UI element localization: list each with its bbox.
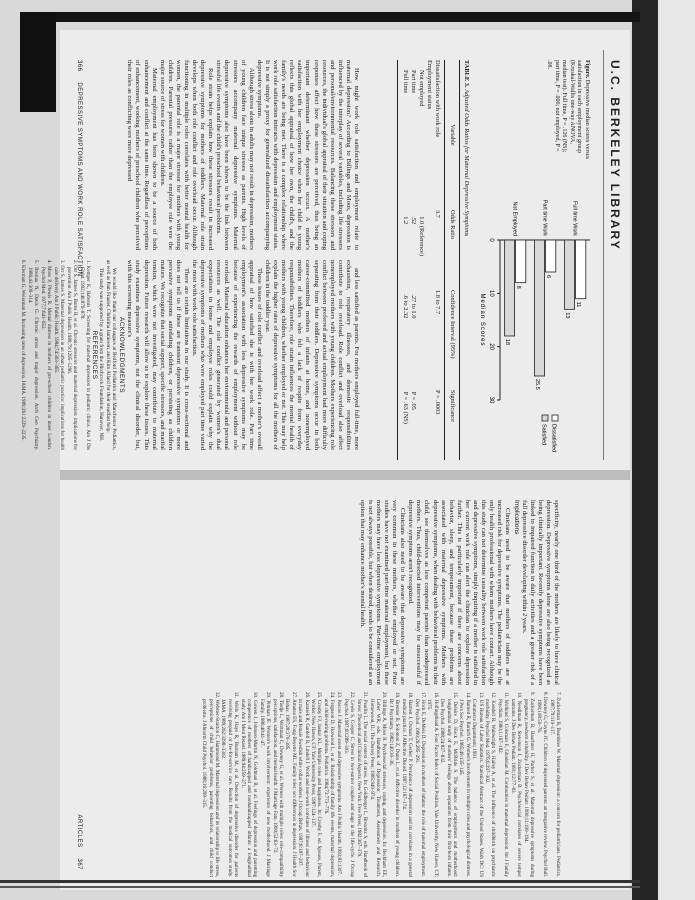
cell-ci: .6 to 2.32 xyxy=(401,294,409,392)
cell-variable: Dissatisfaction with work role xyxy=(433,60,441,210)
paragraph: Role strain helps explain how these stre… xyxy=(158,60,215,250)
cell-odds-ratio xyxy=(425,210,433,290)
reference-item: 7. Zuckerman B, Beardslee W. Maternal de… xyxy=(548,692,560,877)
reference-item: 24. Ferguson D, Horwood L, et al. Relati… xyxy=(322,692,334,877)
svg-text:10: 10 xyxy=(488,290,494,297)
paragraph: These issues of role conflict and overlo… xyxy=(190,260,263,450)
reference-item: 28. Tiedje L, Wortman C, Downey G, et al… xyxy=(270,692,282,877)
table-row: Dissatisfaction with work role3.71.8 to … xyxy=(433,60,441,460)
right-column-references: 7. Zuckerman B, Beardslee W. Maternal de… xyxy=(200,692,560,877)
reference-item: 27. Amatea ES, Fong-Beyette ML. Family r… xyxy=(283,692,295,877)
cell-ci: .27 to 1.0 xyxy=(409,294,417,392)
svg-text:Dissatisfied: Dissatisfied xyxy=(551,424,557,452)
book-spread: U.C. BERKELEY LIBRARY Figure. Depressive… xyxy=(60,30,630,890)
library-stamp: U.C. BERKELEY LIBRARY xyxy=(608,60,622,251)
reference-item: 25. Crosby FJ, Jaskar KL. Multiple roles… xyxy=(309,692,321,877)
cell-ci: 1.8 to 7.7 xyxy=(433,290,441,390)
paragraph: specificity, nearly one third of the mot… xyxy=(520,500,560,685)
svg-text:Satisfied: Satisfied xyxy=(541,424,547,445)
acknowledgments-heading: ACKNOWLEDGMENTS xyxy=(117,260,125,450)
reference-item: 11. Wolkind S, Coleman E, Ghodsian M. Co… xyxy=(496,692,508,877)
cell-significance: P = .05 xyxy=(409,392,417,460)
cell-odds-ratio: 1.2 xyxy=(401,216,409,294)
svg-text:18: 18 xyxy=(504,339,510,345)
reference-item: 3. Orr S, James S. Maternal depression i… xyxy=(52,260,64,450)
gutter xyxy=(60,470,630,480)
reference-item: 22. Lewis S, Cooper C. Stress in two-ear… xyxy=(342,692,354,877)
paragraph: Maternal employment has been shown to be… xyxy=(125,60,157,250)
page-footer-left: 366 DEPRESSIVE SYMPTOMS AND WORK ROLE SA… xyxy=(76,60,82,277)
reference-item: 21. Pearlin L. The social context of str… xyxy=(355,692,367,877)
table-title: TABLE 3. Adjusted Odds Ratios for Matern… xyxy=(463,60,470,460)
figure-caption: Figure. Depressive median scores versus … xyxy=(545,60,590,160)
reference-item: 32. Webster-Stratton C, Hammond M. Mater… xyxy=(200,692,219,877)
running-head: ARTICLES xyxy=(76,814,82,847)
reference-item: 2. Orr S, James S, Burns B, et al. Chron… xyxy=(65,260,77,450)
left-column-2: and less satisfied as parents. For mothe… xyxy=(19,260,360,450)
reference-item: 23. Pascoe J. Maternal stress and depres… xyxy=(335,692,341,877)
acknowledgment-text: This study was supported by a grant from… xyxy=(98,260,104,450)
acknowledgment-text: We would like thank our colleagues at Be… xyxy=(104,260,117,450)
cell-odds-ratio: .52 xyxy=(409,216,417,294)
paragraph: How might work role satisfaction and emp… xyxy=(255,60,360,250)
binding-edge-bottom xyxy=(0,880,640,883)
binding-edge-bottom-2 xyxy=(0,886,640,888)
table-body: Dissatisfaction with work role3.71.8 to … xyxy=(401,60,441,460)
page-footer-right: ARTICLES 367 xyxy=(76,814,82,870)
bar-chart: 0102030Median ScoresFull time Work1113Pa… xyxy=(478,170,598,460)
header-rule xyxy=(603,50,604,460)
page-367: specificity, nearly one third of the mot… xyxy=(60,480,630,890)
reference-item: 4. Moss P, Plewis R. Mental distress in … xyxy=(39,260,51,450)
running-head: DEPRESSIVE SYMPTOMS AND WORK ROLE SATISF… xyxy=(76,82,82,276)
table-row: Part time.52.27 to 1.0P = .05 xyxy=(409,60,417,460)
reference-item: 31. Wells K, Hays R, Burnam M, et al. De… xyxy=(219,692,238,877)
reference-item: 6. Klerman G, Weissman M. Increasing rat… xyxy=(19,260,25,450)
svg-text:11: 11 xyxy=(575,302,581,308)
svg-text:13: 13 xyxy=(564,312,570,318)
figure-label: Figure. xyxy=(584,60,590,78)
paragraph: There are certain limitations in our stu… xyxy=(125,260,190,450)
reference-item: 5. Breslau N, Davis G. Chronic stress an… xyxy=(26,260,38,450)
cell-variable: Not employed xyxy=(417,60,425,216)
binding-edge xyxy=(40,12,640,22)
svg-text:30: 30 xyxy=(488,397,494,404)
svg-text:Part time Work: Part time Work xyxy=(542,200,548,237)
reference-item: 14. Barnett R, Baruch G. Women's involve… xyxy=(457,692,469,877)
reference-item: 30. Gowen J, Johnson-Martin N, Goldman B… xyxy=(238,692,257,877)
odds-ratio-table: TABLE 3. Adjusted Odds Ratios for Matern… xyxy=(394,60,470,460)
paragraph: Clinicians also need to be aware that de… xyxy=(358,500,407,685)
reference-item: 9. Zuckerman B, Bauchner H, Parker S, et… xyxy=(522,692,534,877)
svg-text:Full time Work: Full time Work xyxy=(572,201,578,236)
cell-significance: P = .0003 xyxy=(433,390,441,460)
cell-variable: Full time xyxy=(401,60,409,216)
cell-ci xyxy=(425,290,433,390)
reference-item: 20. Billings A, Moos R. Psychosocial str… xyxy=(367,692,386,877)
svg-text:8: 8 xyxy=(515,286,521,289)
reference-item: 17. Hock E, DeMeis D. Depression in moth… xyxy=(412,692,424,877)
reference-item: 12. Kendell R, Wainwright S, Hailey A, e… xyxy=(483,692,495,877)
left-column-1: How might work role satisfaction and emp… xyxy=(125,60,360,250)
svg-text:6: 6 xyxy=(545,275,551,278)
cell-odds-ratio: 3.7 xyxy=(433,210,441,290)
cell-significance xyxy=(417,392,425,460)
cell-variable: Employment status xyxy=(425,60,433,210)
svg-text:Median Scores: Median Scores xyxy=(479,293,485,346)
references-heading: REFERENCES xyxy=(90,260,98,450)
paragraph: Clinicians need to be aware that mothers… xyxy=(406,500,511,685)
svg-text:20: 20 xyxy=(488,343,494,350)
reference-item: 26. Karasek R, Gardell B, Lindell J. Wor… xyxy=(296,692,308,877)
svg-text:0: 0 xyxy=(488,238,494,242)
svg-text:25.5: 25.5 xyxy=(534,379,540,390)
reference-item: 13. US Bureau of Labor Statistics. Stati… xyxy=(470,692,482,877)
reference-list: 1. Kemper K, Babonis T. Screening for ma… xyxy=(19,260,90,450)
reference-item: 19. Brenner B, Solomon Z, Dunn L, et al.… xyxy=(387,692,399,877)
paragraph: and less satisfied as parents. For mothe… xyxy=(263,260,360,450)
reference-item: 18. Barnett J, Oxman T, Gerber P. Preval… xyxy=(399,692,411,877)
scan-shadow xyxy=(20,12,56,112)
scan-shadow-right xyxy=(632,0,658,900)
page-number: 367 xyxy=(76,858,82,870)
svg-text:Not Employed: Not Employed xyxy=(512,201,518,236)
cell-significance xyxy=(425,390,433,460)
page-number: 366 xyxy=(76,60,82,72)
reference-item: 8. Downey G, Coyne JC. Children of depre… xyxy=(535,692,547,877)
table-row: Not employed1.0 (Reference) xyxy=(417,60,425,460)
table-header: Variable Odds Ratio Confidence Interval … xyxy=(448,60,456,460)
table-row: Employment status xyxy=(425,60,433,460)
page-366: U.C. BERKELEY LIBRARY Figure. Depressive… xyxy=(60,30,630,470)
right-column-1: specificity, nearly one third of the mot… xyxy=(358,500,560,685)
table-row: Full time1.2.6 to 2.32P = .63 (NS) xyxy=(401,60,409,460)
paragraph: Although stress alone in adults may not … xyxy=(214,60,254,250)
cell-variable: Part time xyxy=(409,60,417,216)
reference-item: 29. Pittman JF. Women's work involvement… xyxy=(257,692,269,877)
cell-odds-ratio: 1.0 (Reference) xyxy=(417,216,425,294)
scanner-background xyxy=(655,0,695,900)
reference-item: 10. Needlman R, Stevenson J, Zuckerman B… xyxy=(509,692,521,877)
cell-ci xyxy=(417,294,425,392)
reference-item: 1. Kemper K, Babonis T. Screening for ma… xyxy=(77,260,89,450)
reference-item: 15. Deleire D, Hock E, McBride S. The ba… xyxy=(438,692,457,877)
implications-heading: Implications xyxy=(511,500,519,685)
cell-significance: P = .63 (NS) xyxy=(401,392,409,460)
reference-item: 16. Hollingshead A. Four Factor Index of… xyxy=(425,692,437,877)
